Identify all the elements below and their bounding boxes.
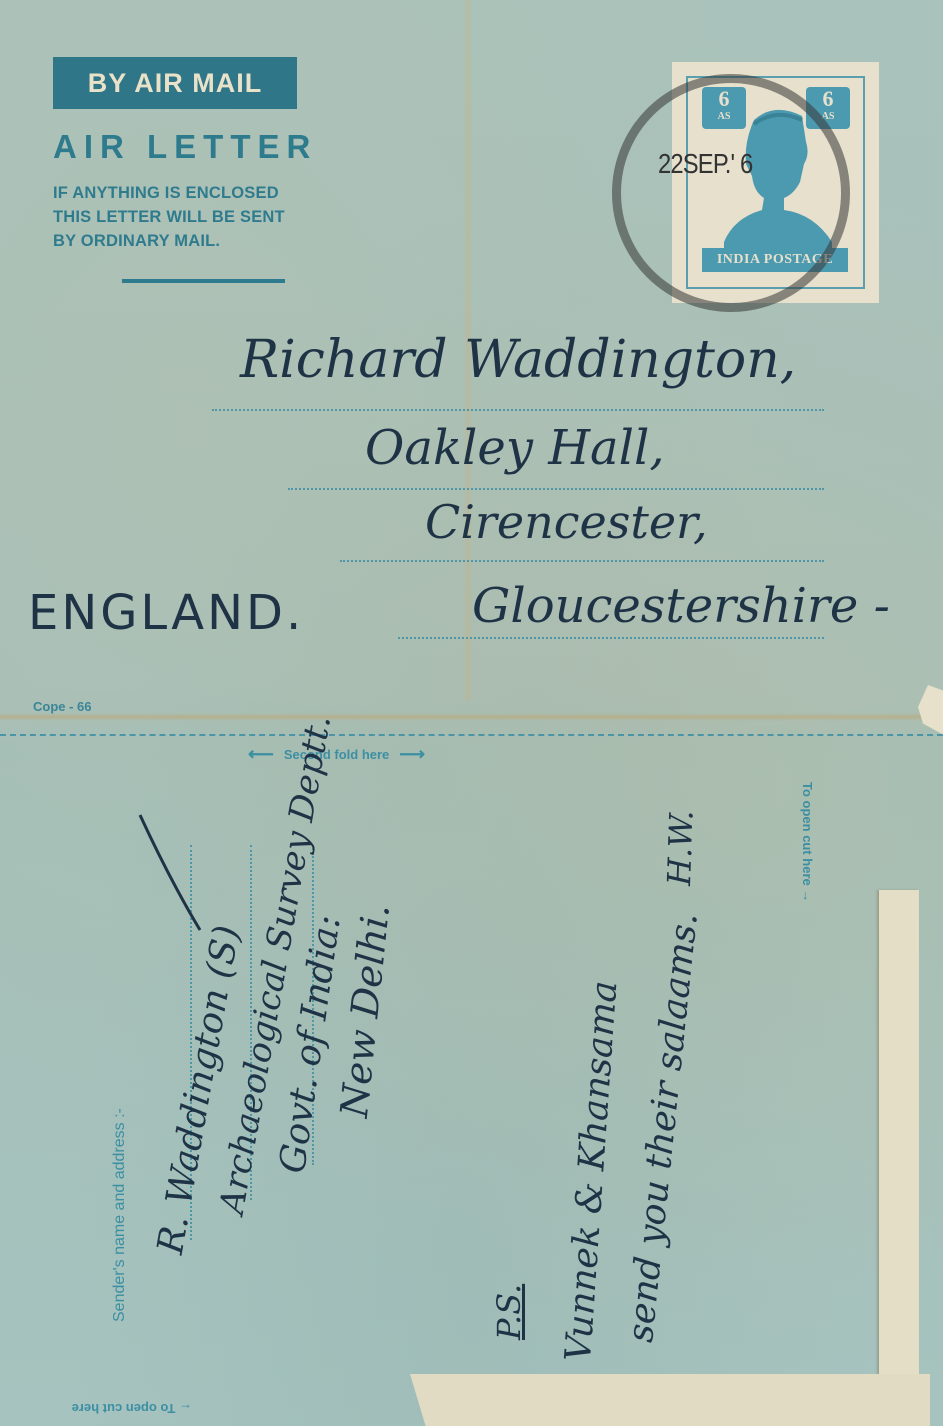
notice-line: IF ANYTHING IS ENCLOSED [53, 181, 285, 205]
address-line-2-guide [288, 488, 824, 490]
by-air-mail-badge: BY AIR MAIL [53, 57, 297, 109]
header-rule [122, 279, 285, 283]
address-house: Oakley Hall, [365, 420, 665, 476]
address-county: Gloucestershire - [472, 578, 890, 634]
form-code: Cope - 66 [33, 699, 92, 714]
address-town: Cirencester, [425, 495, 708, 549]
address-line-4-guide [398, 637, 824, 639]
address-line-1-guide [212, 409, 824, 411]
notice-line: THIS LETTER WILL BE SENT [53, 205, 285, 229]
notice-line: BY ORDINARY MAIL. [53, 229, 285, 253]
arrow-right-icon: ⟶ [399, 744, 425, 765]
open-cut-here-right: To open cut here → [800, 782, 815, 902]
horizontal-fold-crease [0, 713, 943, 721]
air-letter-title: AIR LETTER [53, 128, 317, 166]
tape-strip-vertical [879, 890, 919, 1375]
address-line-3-guide [340, 560, 824, 562]
second-fold-marker: ⟵ Second fold here ⟶ [248, 744, 425, 765]
postmark-date: 22SEP.' 6 [658, 148, 752, 180]
tape-strip-bottom [410, 1374, 930, 1426]
sender-strike-stroke [130, 810, 210, 940]
ps-signature: H.W. [660, 809, 701, 886]
first-fold-dashed-line [0, 734, 943, 736]
address-country: ENGLAND. [28, 585, 304, 641]
postmark-circle [612, 74, 850, 312]
sender-label: Sender's name and address :- [111, 1108, 129, 1322]
address-name: Richard Waddington, [240, 330, 796, 390]
enclosure-notice: IF ANYTHING IS ENCLOSED THIS LETTER WILL… [53, 181, 285, 253]
open-cut-here-bottom: ← To open cut here [72, 1401, 192, 1416]
arrow-left-icon: ⟵ [248, 744, 274, 765]
ps-label: P.S. [490, 1284, 528, 1340]
